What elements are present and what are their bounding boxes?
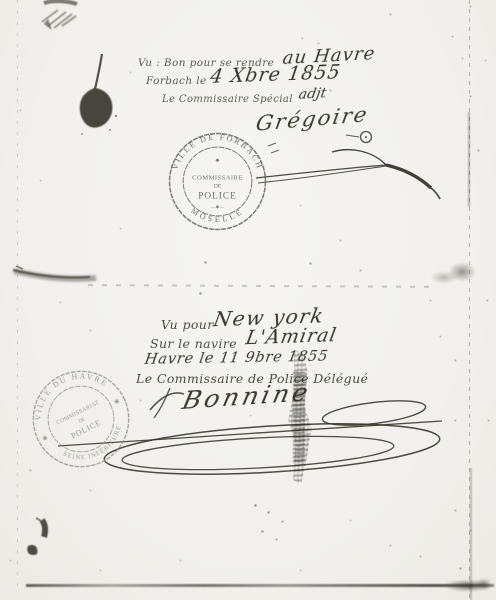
bottom-left-ink-marks (22, 514, 62, 562)
havre-stamp-left-ornament: ✱ (41, 435, 49, 444)
scanned-document-page: Vu : Bon pour se rendre au Havre Forbach… (0, 0, 496, 600)
bottom-scan-line (26, 584, 494, 587)
havre-stamp-right-ornament: ✱ (113, 398, 121, 407)
vertical-ink-smudge-core (293, 372, 305, 464)
bottom-scan-line-clump (438, 578, 492, 592)
havre-signature-flourish (0, 0, 496, 600)
havre-stamp-center-line3: POLICE (70, 418, 103, 441)
